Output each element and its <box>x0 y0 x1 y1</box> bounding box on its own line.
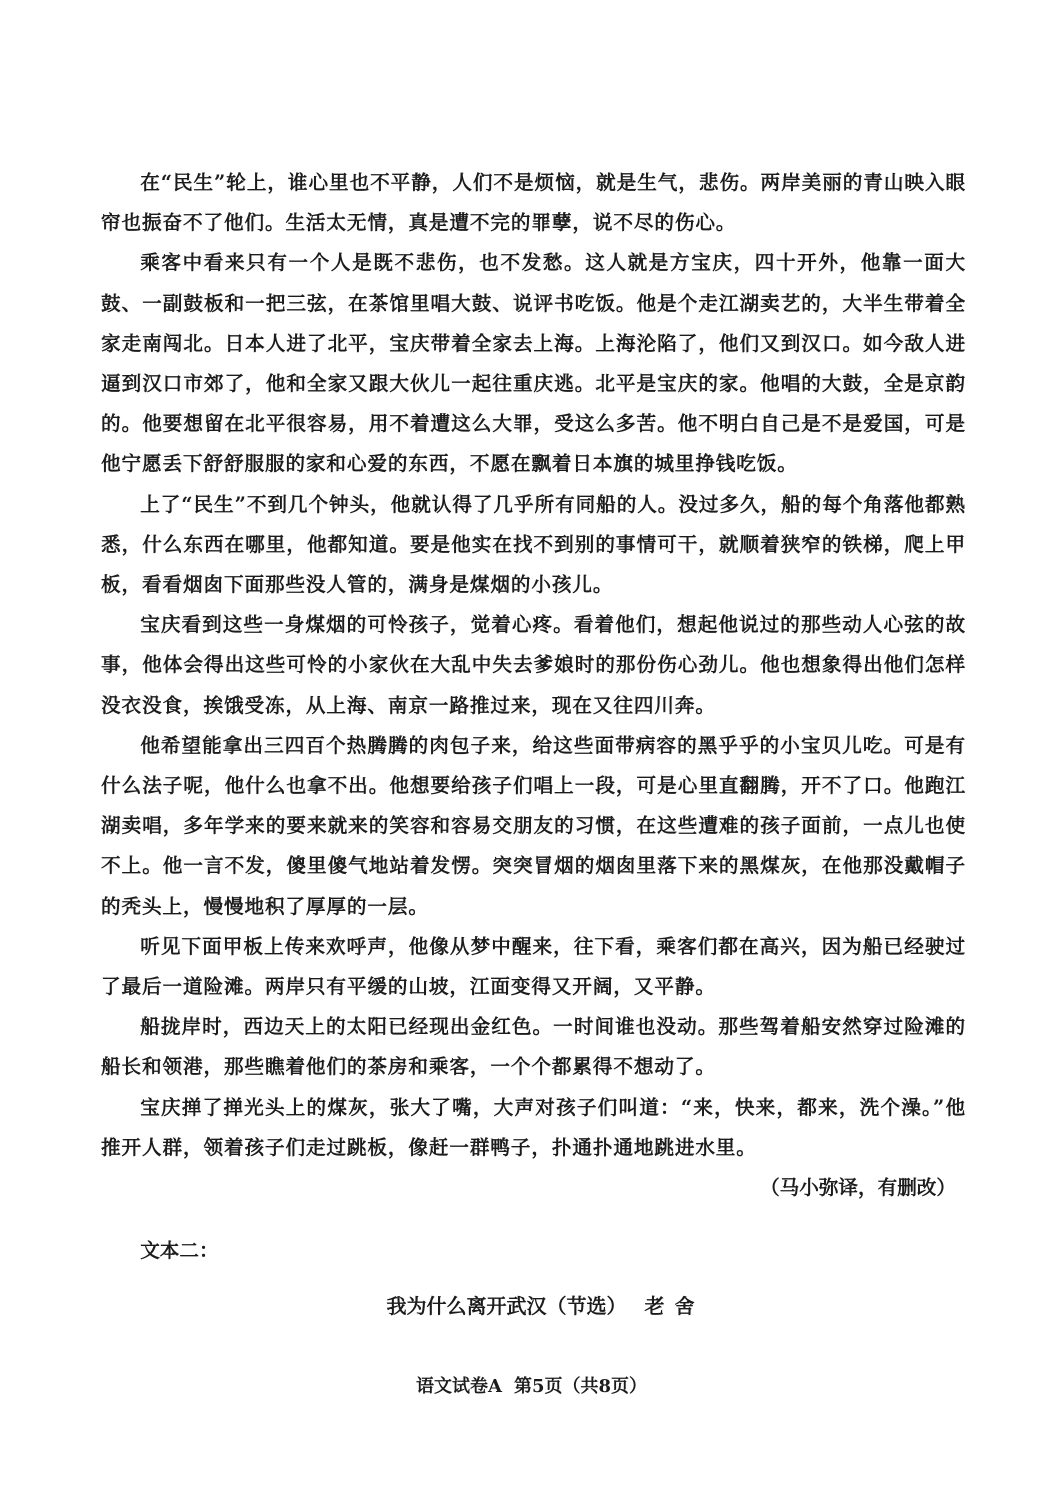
section-label: 文本二： <box>101 1231 966 1271</box>
paragraph: 宝庆掸了掸光头上的煤灰，张大了嘴，大声对孩子们叫道：“来，快来，都来，洗个澡。”… <box>101 1088 966 1168</box>
exam-page-body: 在“民生”轮上，谁心里也不平静，人们不是烦恼，就是生气，悲伤。两岸美丽的青山映入… <box>101 163 966 1326</box>
excerpt-title: 我为什么离开武汉（节选）老舍 <box>101 1286 966 1326</box>
paragraph: 他希望能拿出三四百个热腾腾的肉包子来，给这些面带病容的黑乎乎的小宝贝儿吃。可是有… <box>101 726 966 927</box>
source-note: （马小弥译，有删改） <box>101 1168 966 1208</box>
paragraph: 宝庆看到这些一身煤烟的可怜孩子，觉着心疼。看着他们，想起他说过的那些动人心弦的故… <box>101 605 966 726</box>
paragraph: 上了“民生”不到几个钟头，他就认得了几乎所有同船的人。没过多久，船的每个角落他都… <box>101 485 966 606</box>
paragraph: 听见下面甲板上传来欢呼声，他像从梦中醒来，往下看，乘客们都在高兴，因为船已经驶过… <box>101 927 966 1007</box>
text-one-excerpt: 在“民生”轮上，谁心里也不平静，人们不是烦恼，就是生气，悲伤。两岸美丽的青山映入… <box>101 163 966 1208</box>
paragraph: 船拢岸时，西边天上的太阳已经现出金红色。一时间谁也没动。那些驾着船安然穿过险滩的… <box>101 1007 966 1087</box>
text-two-excerpt: 文本二： 我为什么离开武汉（节选）老舍 <box>101 1231 966 1326</box>
page-number: 第5页（共8页） <box>514 1376 647 1397</box>
paragraph: 在“民生”轮上，谁心里也不平静，人们不是烦恼，就是生气，悲伤。两岸美丽的青山映入… <box>101 163 966 243</box>
paragraph: 乘客中看来只有一个人是既不悲伤，也不发愁。这人就是方宝庆，四十开外，他靠一面大鼓… <box>101 243 966 484</box>
exam-name: 语文试卷A <box>416 1376 502 1397</box>
page-footer: 语文试卷A第5页（共8页） <box>0 1372 1063 1402</box>
excerpt-title-text: 我为什么离开武汉（节选） <box>387 1294 627 1318</box>
excerpt-author: 老舍 <box>645 1294 705 1318</box>
